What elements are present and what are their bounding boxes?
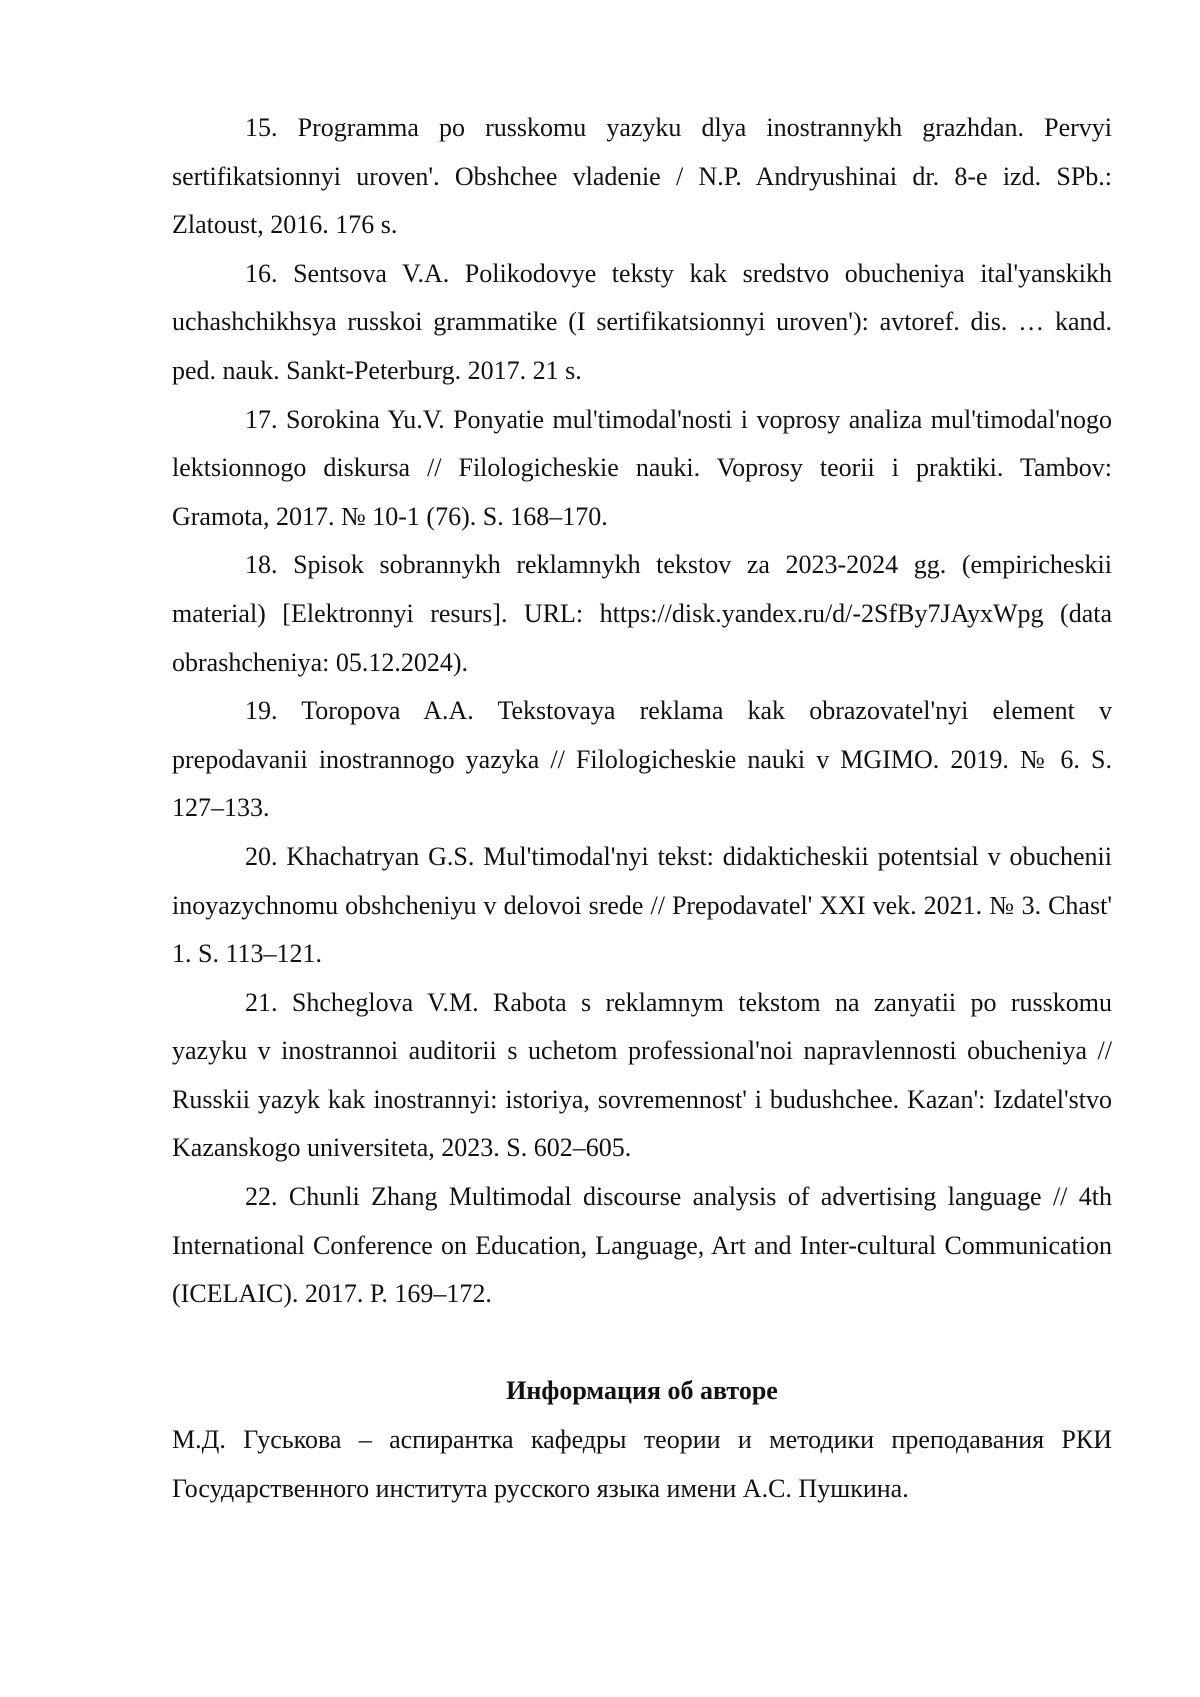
reference-number: 15. (245, 113, 278, 142)
reference-text: Toropova A.A. Tekstovaya reklama kak obr… (172, 696, 1112, 822)
reference-number: 21. (245, 988, 278, 1017)
reference-item-22: 22. Chunli Zhang Multimodal discourse an… (172, 1173, 1112, 1319)
author-info-text: М.Д. Гуськова – аспирантка кафедры теори… (172, 1416, 1112, 1513)
reference-number: 20. (245, 842, 278, 871)
reference-text: Sorokina Yu.V. Ponyatie mul'timodal'nost… (172, 405, 1112, 531)
reference-item-16: 16. Sentsova V.A. Polikodovye teksty kak… (172, 250, 1112, 396)
author-info-section: Информация об авторе М.Д. Гуськова – асп… (172, 1367, 1112, 1513)
reference-number: 19. (245, 696, 278, 725)
reference-text: Chunli Zhang Multimodal discourse analys… (172, 1182, 1112, 1308)
reference-text: Sentsova V.A. Polikodovye teksty kak sre… (172, 259, 1112, 385)
reference-number: 17. (245, 405, 278, 434)
reference-number: 16. (245, 259, 278, 288)
reference-item-18: 18. Spisok sobrannykh reklamnykh tekstov… (172, 541, 1112, 687)
reference-text: Khachatryan G.S. Mul'timodal'nyi tekst: … (172, 842, 1112, 968)
document-page: 15. Programma po russkomu yazyku dlya in… (172, 104, 1112, 1513)
reference-item-17: 17. Sorokina Yu.V. Ponyatie mul'timodal'… (172, 396, 1112, 542)
reference-text: Programma po russkomu yazyku dlya inostr… (172, 113, 1112, 239)
section-title: Информация об авторе (172, 1367, 1112, 1416)
reference-number: 18. (245, 550, 278, 579)
reference-item-19: 19. Toropova A.A. Tekstovaya reklama kak… (172, 687, 1112, 833)
reference-list: 15. Programma po russkomu yazyku dlya in… (172, 104, 1112, 1319)
reference-item-20: 20. Khachatryan G.S. Mul'timodal'nyi tek… (172, 833, 1112, 979)
blank-line (172, 1319, 1112, 1368)
reference-text: Spisok sobrannykh reklamnykh tekstov za … (172, 550, 1112, 676)
reference-text: Shcheglova V.M. Rabota s reklamnym tekst… (172, 988, 1112, 1163)
reference-number: 22. (245, 1182, 278, 1211)
reference-item-15: 15. Programma po russkomu yazyku dlya in… (172, 104, 1112, 250)
reference-item-21: 21. Shcheglova V.M. Rabota s reklamnym t… (172, 979, 1112, 1173)
